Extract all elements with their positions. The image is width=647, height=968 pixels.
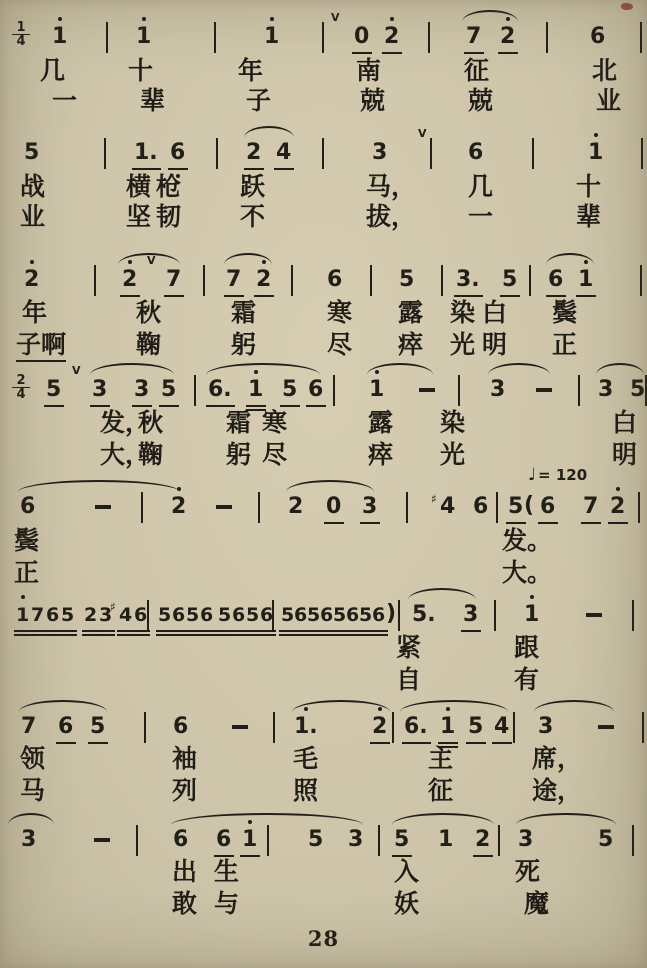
note: 6 bbox=[134, 602, 147, 629]
note-digit: 1 bbox=[440, 714, 455, 740]
lyric-syllable: 露 bbox=[398, 299, 423, 327]
octave-dot-above bbox=[375, 370, 379, 374]
lyric-syllable: 明 bbox=[482, 331, 507, 359]
note-digit: 5 bbox=[399, 267, 414, 293]
note-digit: 6 bbox=[590, 24, 605, 50]
tempo-marking: ♩= 120 bbox=[528, 465, 587, 485]
note: 1 bbox=[440, 714, 455, 741]
note: 7 bbox=[21, 714, 36, 741]
note: 1 bbox=[136, 24, 151, 51]
note: 1 bbox=[52, 24, 67, 51]
extension-dash bbox=[94, 838, 110, 842]
note: 6 bbox=[327, 267, 342, 294]
lyric-syllable: 子啊 bbox=[16, 331, 66, 362]
note: 6 bbox=[473, 494, 488, 521]
barline bbox=[136, 825, 138, 856]
note-digit: 7 bbox=[583, 494, 598, 520]
lyric-syllable: 坚 bbox=[126, 203, 151, 231]
lyric-syllable: 瘁 bbox=[368, 441, 393, 469]
note: 5 bbox=[282, 377, 297, 404]
lyric-syllable: 生 bbox=[214, 858, 239, 886]
octave-dot-above bbox=[254, 370, 258, 374]
note-digit: 1 bbox=[438, 827, 453, 853]
lyric-syllable: 露 bbox=[368, 409, 393, 437]
note-digit: 6 bbox=[327, 267, 342, 293]
lyric-syllable: 主 bbox=[428, 745, 453, 773]
lyric-syllable: 横 bbox=[126, 173, 151, 201]
lyric-syllable: 明 bbox=[612, 441, 637, 469]
note-digit: 2 bbox=[122, 267, 137, 293]
note-digit: 1. bbox=[294, 714, 318, 740]
lyric-syllable: 韧 bbox=[156, 203, 181, 231]
octave-dot-above bbox=[584, 260, 588, 264]
note: 5 bbox=[281, 602, 294, 629]
note-digit: 4 bbox=[276, 140, 291, 166]
time-signature: 14 bbox=[12, 21, 30, 48]
slur-arc bbox=[462, 10, 518, 22]
note: 5 bbox=[61, 602, 74, 629]
music-system: 51.6243V61战横枪跃马，几十业坚韧不拔，一辈 bbox=[0, 140, 647, 240]
lyric-syllable: 一 bbox=[52, 87, 77, 115]
barline bbox=[322, 22, 324, 53]
lyric-syllable: 紧 bbox=[396, 634, 421, 662]
note: 5 bbox=[502, 267, 517, 294]
extension-dash bbox=[216, 505, 232, 509]
lyric-syllable: 毛 bbox=[293, 745, 318, 773]
lyric-syllable: 辈 bbox=[576, 203, 601, 231]
lyric-syllable: 跟 bbox=[514, 634, 539, 662]
octave-dot-above bbox=[390, 17, 394, 21]
barline bbox=[370, 265, 372, 296]
lyric-syllable: 霜 bbox=[226, 409, 251, 437]
note: 7 bbox=[466, 24, 481, 51]
note: 1 bbox=[264, 24, 279, 51]
barline bbox=[291, 265, 293, 296]
lyric-syllable: 拔， bbox=[366, 203, 416, 231]
note: 1 bbox=[248, 377, 263, 404]
barline bbox=[322, 138, 324, 169]
octave-dot-above bbox=[30, 260, 34, 264]
note: 3 bbox=[518, 827, 533, 854]
note-digit: 7 bbox=[166, 267, 181, 293]
note-digit: 5 bbox=[61, 602, 74, 628]
note: 1 bbox=[438, 827, 453, 854]
note-digit: 4 bbox=[494, 714, 509, 740]
note-digit: 2 bbox=[372, 714, 387, 740]
note: 2 bbox=[24, 267, 39, 294]
note: 2 bbox=[372, 714, 387, 741]
barline bbox=[428, 22, 430, 53]
note-digit: 5 bbox=[359, 602, 372, 628]
note: 1 bbox=[242, 827, 257, 854]
barline bbox=[216, 138, 218, 169]
note-digit: 1 bbox=[524, 602, 539, 628]
barline bbox=[458, 375, 460, 406]
note: 6 bbox=[540, 494, 555, 521]
lyric-syllable: 列 bbox=[172, 777, 197, 805]
note-digit: 1 bbox=[136, 24, 151, 50]
tempo-value: = 120 bbox=[538, 466, 587, 484]
note-digit: 5. bbox=[412, 602, 436, 628]
barline bbox=[267, 825, 269, 856]
lyric-syllable: 正 bbox=[552, 331, 577, 359]
note-digit: 6 bbox=[173, 827, 188, 853]
barline bbox=[398, 600, 400, 631]
music-system: 62203♯465(672鬓发。正大。 bbox=[0, 494, 647, 594]
lyric-syllable: 秋 bbox=[138, 409, 163, 437]
note: 5 bbox=[359, 602, 372, 629]
lyric-syllable: 兢 bbox=[360, 87, 385, 115]
lyric-syllable: 白 bbox=[612, 409, 637, 437]
note: 3 bbox=[598, 377, 613, 404]
note-digit: 6. bbox=[404, 714, 428, 740]
note-digit: 3 bbox=[518, 827, 533, 853]
lyric-syllable: 业 bbox=[596, 87, 621, 115]
music-system: 14111V02726几十年南征北一辈子兢兢业 bbox=[0, 24, 647, 124]
note: 6 bbox=[232, 602, 245, 629]
note: 1 bbox=[369, 377, 384, 404]
lyric-syllable: 一 bbox=[468, 203, 493, 231]
lyric-syllable: 途， bbox=[532, 777, 582, 805]
note: 5 bbox=[24, 140, 39, 167]
breath-mark-icon: V bbox=[147, 254, 156, 267]
lyric-syllable: 袖 bbox=[172, 745, 197, 773]
note-digit: 1. bbox=[134, 140, 158, 166]
note: 6 bbox=[173, 714, 188, 741]
time-signature: 24 bbox=[12, 374, 30, 401]
note-digit: 2 bbox=[24, 267, 39, 293]
note-digit: 6 bbox=[58, 714, 73, 740]
lyric-syllable: 正 bbox=[14, 559, 39, 587]
octave-dot-above bbox=[378, 707, 382, 711]
time-signature-numerator: 1 bbox=[12, 21, 30, 34]
parenthesis: ( bbox=[524, 493, 534, 518]
lyric-syllable: 光 bbox=[450, 331, 475, 359]
note-digit: 2 bbox=[256, 267, 271, 293]
note-digit: 5 bbox=[307, 602, 320, 628]
note-digit: 5 bbox=[508, 494, 523, 520]
note: 1 bbox=[16, 602, 29, 629]
octave-dot-above bbox=[446, 707, 450, 711]
lyric-syllable: 几 bbox=[468, 173, 493, 201]
note-digit: 6 bbox=[216, 827, 231, 853]
barline bbox=[214, 22, 216, 53]
note: 6. bbox=[404, 714, 428, 741]
lyric-syllable: 征 bbox=[428, 777, 453, 805]
note: 1 bbox=[578, 267, 593, 294]
note-digit: 5 bbox=[24, 140, 39, 166]
lyric-syllable: 十 bbox=[128, 57, 153, 85]
octave-dot-above bbox=[616, 487, 620, 491]
note: 2 bbox=[171, 494, 186, 521]
lyric-syllable: 尽 bbox=[327, 331, 352, 359]
note-digit: 6 bbox=[200, 602, 213, 628]
slur-arc bbox=[244, 126, 294, 138]
barline bbox=[641, 138, 643, 169]
note: 4 bbox=[494, 714, 509, 741]
quarter-note-icon: ♩ bbox=[528, 465, 536, 485]
note-digit: 3 bbox=[463, 602, 478, 628]
lyric-syllable: 子 bbox=[246, 87, 271, 115]
note-digit: 2 bbox=[475, 827, 490, 853]
note-digit: 6 bbox=[134, 602, 147, 628]
note-digit: 1 bbox=[52, 24, 67, 50]
note-digit: 6 bbox=[170, 140, 185, 166]
note: 6 bbox=[294, 602, 307, 629]
note: 1 bbox=[588, 140, 603, 167]
note-digit: 6 bbox=[294, 602, 307, 628]
lyric-syllable: 魔 bbox=[524, 890, 549, 918]
note: 7 bbox=[226, 267, 241, 294]
note-digit: 5 bbox=[598, 827, 613, 853]
note-digit: 4 bbox=[119, 602, 132, 628]
barline bbox=[94, 265, 96, 296]
note-digit: 5 bbox=[90, 714, 105, 740]
note-digit: 4 bbox=[440, 494, 455, 520]
note: 6 bbox=[320, 602, 333, 629]
lyric-syllable: 战 bbox=[20, 173, 45, 201]
note-digit: 1 bbox=[242, 827, 257, 853]
slur-arc bbox=[18, 480, 180, 492]
note-digit: 5 bbox=[246, 602, 259, 628]
note: 3 bbox=[348, 827, 363, 854]
lyric-syllable: 业 bbox=[20, 203, 45, 231]
note-digit: 1 bbox=[264, 24, 279, 50]
lyric-syllable: 照 bbox=[293, 777, 318, 805]
extension-dash bbox=[232, 725, 248, 729]
sheet-music-page: 14111V02726几十年南征北一辈子兢兢业51.6243V61战横枪跃马，几… bbox=[0, 0, 647, 968]
note: 3 bbox=[21, 827, 36, 854]
note: 2 bbox=[84, 602, 97, 629]
extension-dash bbox=[586, 613, 602, 617]
note-digit: 6 bbox=[173, 714, 188, 740]
note-digit: 5 bbox=[468, 714, 483, 740]
note-digit: 5 bbox=[46, 377, 61, 403]
barline bbox=[147, 600, 149, 631]
note: 5 bbox=[46, 377, 61, 404]
octave-dot-above bbox=[304, 707, 308, 711]
barline bbox=[532, 138, 534, 169]
note-digit: 6 bbox=[46, 602, 59, 628]
note-digit: 6 bbox=[232, 602, 245, 628]
lyric-syllable: 自 bbox=[396, 666, 421, 694]
note-digit: 3 bbox=[598, 377, 613, 403]
note-digit: 3 bbox=[21, 827, 36, 853]
barline bbox=[498, 825, 500, 856]
lyric-syllable: 辈 bbox=[140, 87, 165, 115]
note-digit: 5 bbox=[308, 827, 323, 853]
breath-mark-icon: V bbox=[331, 11, 340, 24]
note-digit: 5 bbox=[186, 602, 199, 628]
ink-stain bbox=[621, 3, 633, 10]
music-system: 245V3356.1561335发，秋霜寒露染白大，鞠躬尽瘁光明 bbox=[0, 377, 647, 477]
note-digit: 2 bbox=[384, 24, 399, 50]
note-digit: 6 bbox=[468, 140, 483, 166]
lyric-syllable: 发。 bbox=[502, 527, 552, 555]
note-digit: 6 bbox=[540, 494, 555, 520]
octave-dot-above bbox=[506, 17, 510, 21]
note-digit: 6 bbox=[20, 494, 35, 520]
slur-arc bbox=[286, 480, 374, 492]
note: 2 bbox=[500, 24, 515, 51]
time-signature-numerator: 2 bbox=[12, 374, 30, 387]
barline bbox=[406, 492, 408, 523]
note: 7 bbox=[31, 602, 44, 629]
lyric-syllable: 与 bbox=[214, 890, 239, 918]
note-digit: 2 bbox=[288, 494, 303, 520]
slur-arc bbox=[392, 813, 494, 825]
octave-dot-above bbox=[262, 260, 266, 264]
note-digit: 5 bbox=[333, 602, 346, 628]
note: 4 bbox=[276, 140, 291, 167]
note-digit: 2 bbox=[84, 602, 97, 628]
lyric-syllable: 躬 bbox=[231, 331, 256, 359]
note: 1 bbox=[524, 602, 539, 629]
lyric-syllable: 几 bbox=[40, 57, 65, 85]
note: 2 bbox=[384, 24, 399, 51]
note: 3. bbox=[456, 267, 480, 294]
lyric-syllable: 年 bbox=[238, 57, 263, 85]
extension-dash bbox=[419, 388, 435, 392]
note: 5 bbox=[394, 827, 409, 854]
extension-dash bbox=[598, 725, 614, 729]
note-digit: 2 bbox=[500, 24, 515, 50]
lyric-syllable: 年 bbox=[22, 299, 47, 327]
note: 6 bbox=[548, 267, 563, 294]
note: 2 bbox=[288, 494, 303, 521]
note: 5 bbox=[468, 714, 483, 741]
barline bbox=[546, 22, 548, 53]
barline bbox=[430, 138, 432, 169]
time-signature-denominator: 4 bbox=[12, 387, 30, 401]
note: 2 bbox=[122, 267, 137, 294]
note-digit: 3 bbox=[92, 377, 107, 403]
note: 5 bbox=[399, 267, 414, 294]
barline bbox=[392, 712, 394, 743]
note: 5 bbox=[630, 377, 645, 404]
note: 5 bbox=[598, 827, 613, 854]
note: 6 bbox=[372, 602, 385, 629]
note-digit: 5 bbox=[158, 602, 171, 628]
note-digit: 5 bbox=[502, 267, 517, 293]
lyric-syllable: 白 bbox=[482, 299, 507, 327]
sharp-icon: ♯ bbox=[110, 594, 116, 620]
barline bbox=[640, 265, 642, 296]
note: 3 bbox=[372, 140, 387, 167]
note-digit: 5 bbox=[281, 602, 294, 628]
note: 5 bbox=[186, 602, 199, 629]
lyric-syllable: 出 bbox=[172, 858, 197, 886]
note: 6 bbox=[468, 140, 483, 167]
barline bbox=[144, 712, 146, 743]
note: 6 bbox=[170, 140, 185, 167]
barline bbox=[141, 492, 143, 523]
lyric-syllable: 北 bbox=[592, 57, 617, 85]
lyric-syllable: 光 bbox=[440, 441, 465, 469]
extension-dash bbox=[95, 505, 111, 509]
note: 0 bbox=[354, 24, 369, 51]
note: 2 bbox=[475, 827, 490, 854]
note-digit: 7 bbox=[31, 602, 44, 628]
note: 2 bbox=[610, 494, 625, 521]
lyric-syllable: 大。 bbox=[502, 559, 552, 587]
barline bbox=[494, 600, 496, 631]
note-digit: 1 bbox=[16, 602, 29, 628]
note: 6 bbox=[308, 377, 323, 404]
barline bbox=[441, 265, 443, 296]
lyric-syllable: 染 bbox=[440, 409, 465, 437]
slur-arc bbox=[516, 813, 616, 825]
barline bbox=[642, 712, 644, 743]
octave-dot-above bbox=[58, 17, 62, 21]
lyric-syllable: 跃 bbox=[240, 173, 265, 201]
note: 6 bbox=[20, 494, 35, 521]
note-digit: 2 bbox=[610, 494, 625, 520]
lyric-syllable: 鬓 bbox=[14, 527, 39, 555]
lyric-syllable: 领 bbox=[20, 745, 45, 773]
note: ♯4 bbox=[119, 602, 132, 629]
barline bbox=[578, 375, 580, 406]
note-digit: 3 bbox=[348, 827, 363, 853]
note-digit: 0 bbox=[354, 24, 369, 50]
barline bbox=[513, 712, 515, 743]
note: 5. bbox=[412, 602, 436, 629]
barline bbox=[529, 265, 531, 296]
note: 6. bbox=[208, 377, 232, 404]
octave-dot-above bbox=[21, 595, 25, 599]
lyric-syllable: 尽 bbox=[262, 441, 287, 469]
music-system: 176523♯465656565656565656)5.31紧跟自有 bbox=[0, 602, 647, 702]
note-digit: 1 bbox=[588, 140, 603, 166]
note: 0 bbox=[326, 494, 341, 521]
time-signature-denominator: 4 bbox=[12, 34, 30, 48]
barline bbox=[638, 492, 640, 523]
parenthesis: ) bbox=[386, 601, 396, 626]
note-digit: 5 bbox=[630, 377, 645, 403]
barline bbox=[272, 600, 274, 631]
note-digit: 3 bbox=[490, 377, 505, 403]
note-digit: 6 bbox=[320, 602, 333, 628]
note-digit: 2 bbox=[171, 494, 186, 520]
lyric-syllable: 寒 bbox=[262, 409, 287, 437]
note: 7 bbox=[166, 267, 181, 294]
sharp-icon: ♯ bbox=[431, 486, 437, 512]
note: 5 bbox=[218, 602, 231, 629]
music-system: 36615351235出生入死敢与妖魔 bbox=[0, 827, 647, 927]
note: 6 bbox=[173, 827, 188, 854]
slur-arc bbox=[8, 813, 54, 825]
lyric-syllable: 入 bbox=[394, 858, 419, 886]
octave-dot-above bbox=[142, 17, 146, 21]
note-digit: 6 bbox=[346, 602, 359, 628]
note: 2 bbox=[246, 140, 261, 167]
note: 5 bbox=[333, 602, 346, 629]
lyric-syllable: 马， bbox=[366, 173, 416, 201]
barline bbox=[194, 375, 196, 406]
note: 5 bbox=[90, 714, 105, 741]
note-digit: 7 bbox=[226, 267, 241, 293]
note: 1. bbox=[134, 140, 158, 167]
note-digit: 7 bbox=[466, 24, 481, 50]
octave-dot-above bbox=[177, 487, 181, 491]
lyric-syllable: 鬓 bbox=[552, 299, 577, 327]
note-digit: 3 bbox=[538, 714, 553, 740]
note-digit: 5 bbox=[161, 377, 176, 403]
lyric-syllable: 席， bbox=[532, 745, 582, 773]
note-digit: 3. bbox=[456, 267, 480, 293]
music-system: 22V772653.561年秋霜寒露染白鬓子啊鞠躬尽瘁光明正 bbox=[0, 267, 647, 367]
note: 5 bbox=[308, 827, 323, 854]
